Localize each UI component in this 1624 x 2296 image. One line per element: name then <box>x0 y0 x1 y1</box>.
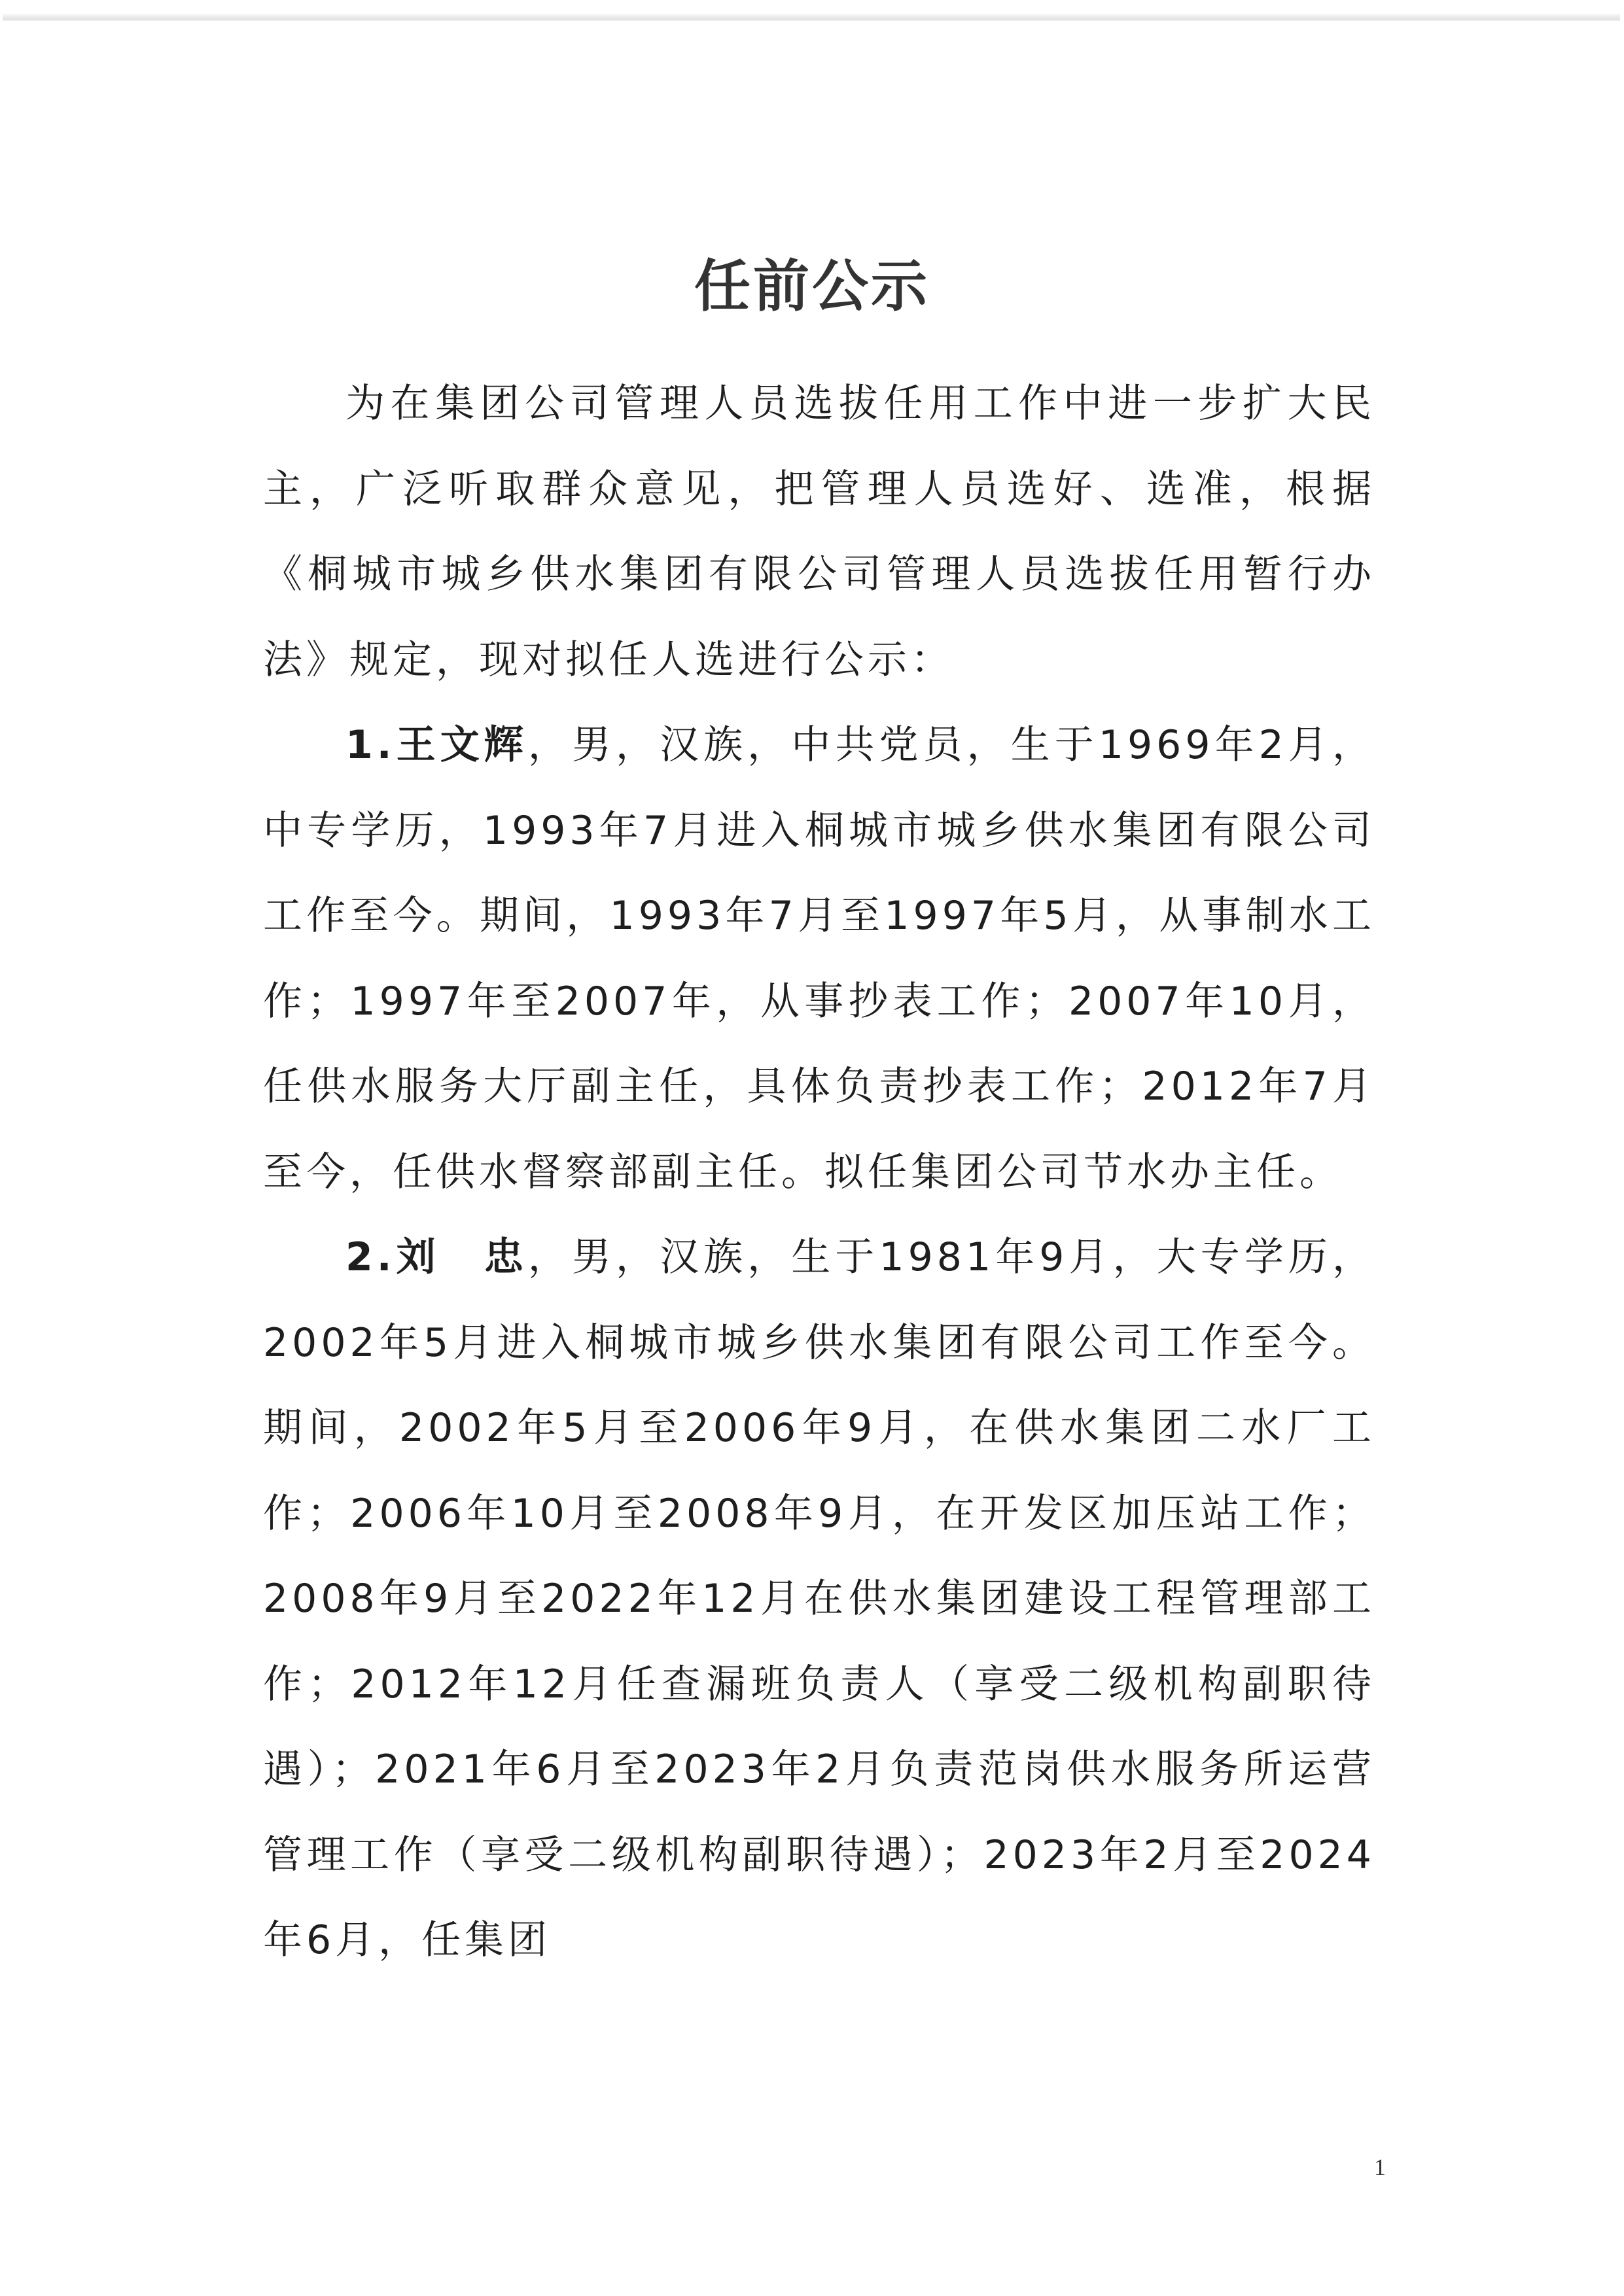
intro-paragraph: 为在集团公司管理人员选拔任用工作中进一步扩大民主，广泛听取群众意见，把管理人员选… <box>263 361 1375 703</box>
candidate-name: 王文辉 <box>396 722 528 768</box>
candidate-number: 1. <box>345 722 396 768</box>
candidate-paragraph-2: 2.刘 忠，男，汉族，生于1981年9月，大专学历，2002年5月进入桐城市城乡… <box>263 1215 1375 1983</box>
scan-edge-shadow <box>3 13 1620 21</box>
candidate-details: ，男，汉族，生于1981年9月，大专学历，2002年5月进入桐城市城乡供水集团有… <box>263 1234 1375 1963</box>
document-body: 为在集团公司管理人员选拔任用工作中进一步扩大民主，广泛听取群众意见，把管理人员选… <box>263 361 1375 1983</box>
document-title: 任前公示 <box>0 241 1624 322</box>
document-page: 任前公示 为在集团公司管理人员选拔任用工作中进一步扩大民主，广泛听取群众意见，把… <box>0 0 1624 2296</box>
candidate-paragraph-1: 1.王文辉，男，汉族，中共党员，生于1969年2月，中专学历，1993年7月进入… <box>263 703 1375 1215</box>
candidate-number: 2. <box>345 1234 396 1280</box>
candidate-name: 刘 忠 <box>396 1234 528 1280</box>
candidate-details: ，男，汉族，中共党员，生于1969年2月，中专学历，1993年7月进入桐城市城乡… <box>263 722 1375 1195</box>
page-number: 1 <box>1374 2153 1386 2181</box>
